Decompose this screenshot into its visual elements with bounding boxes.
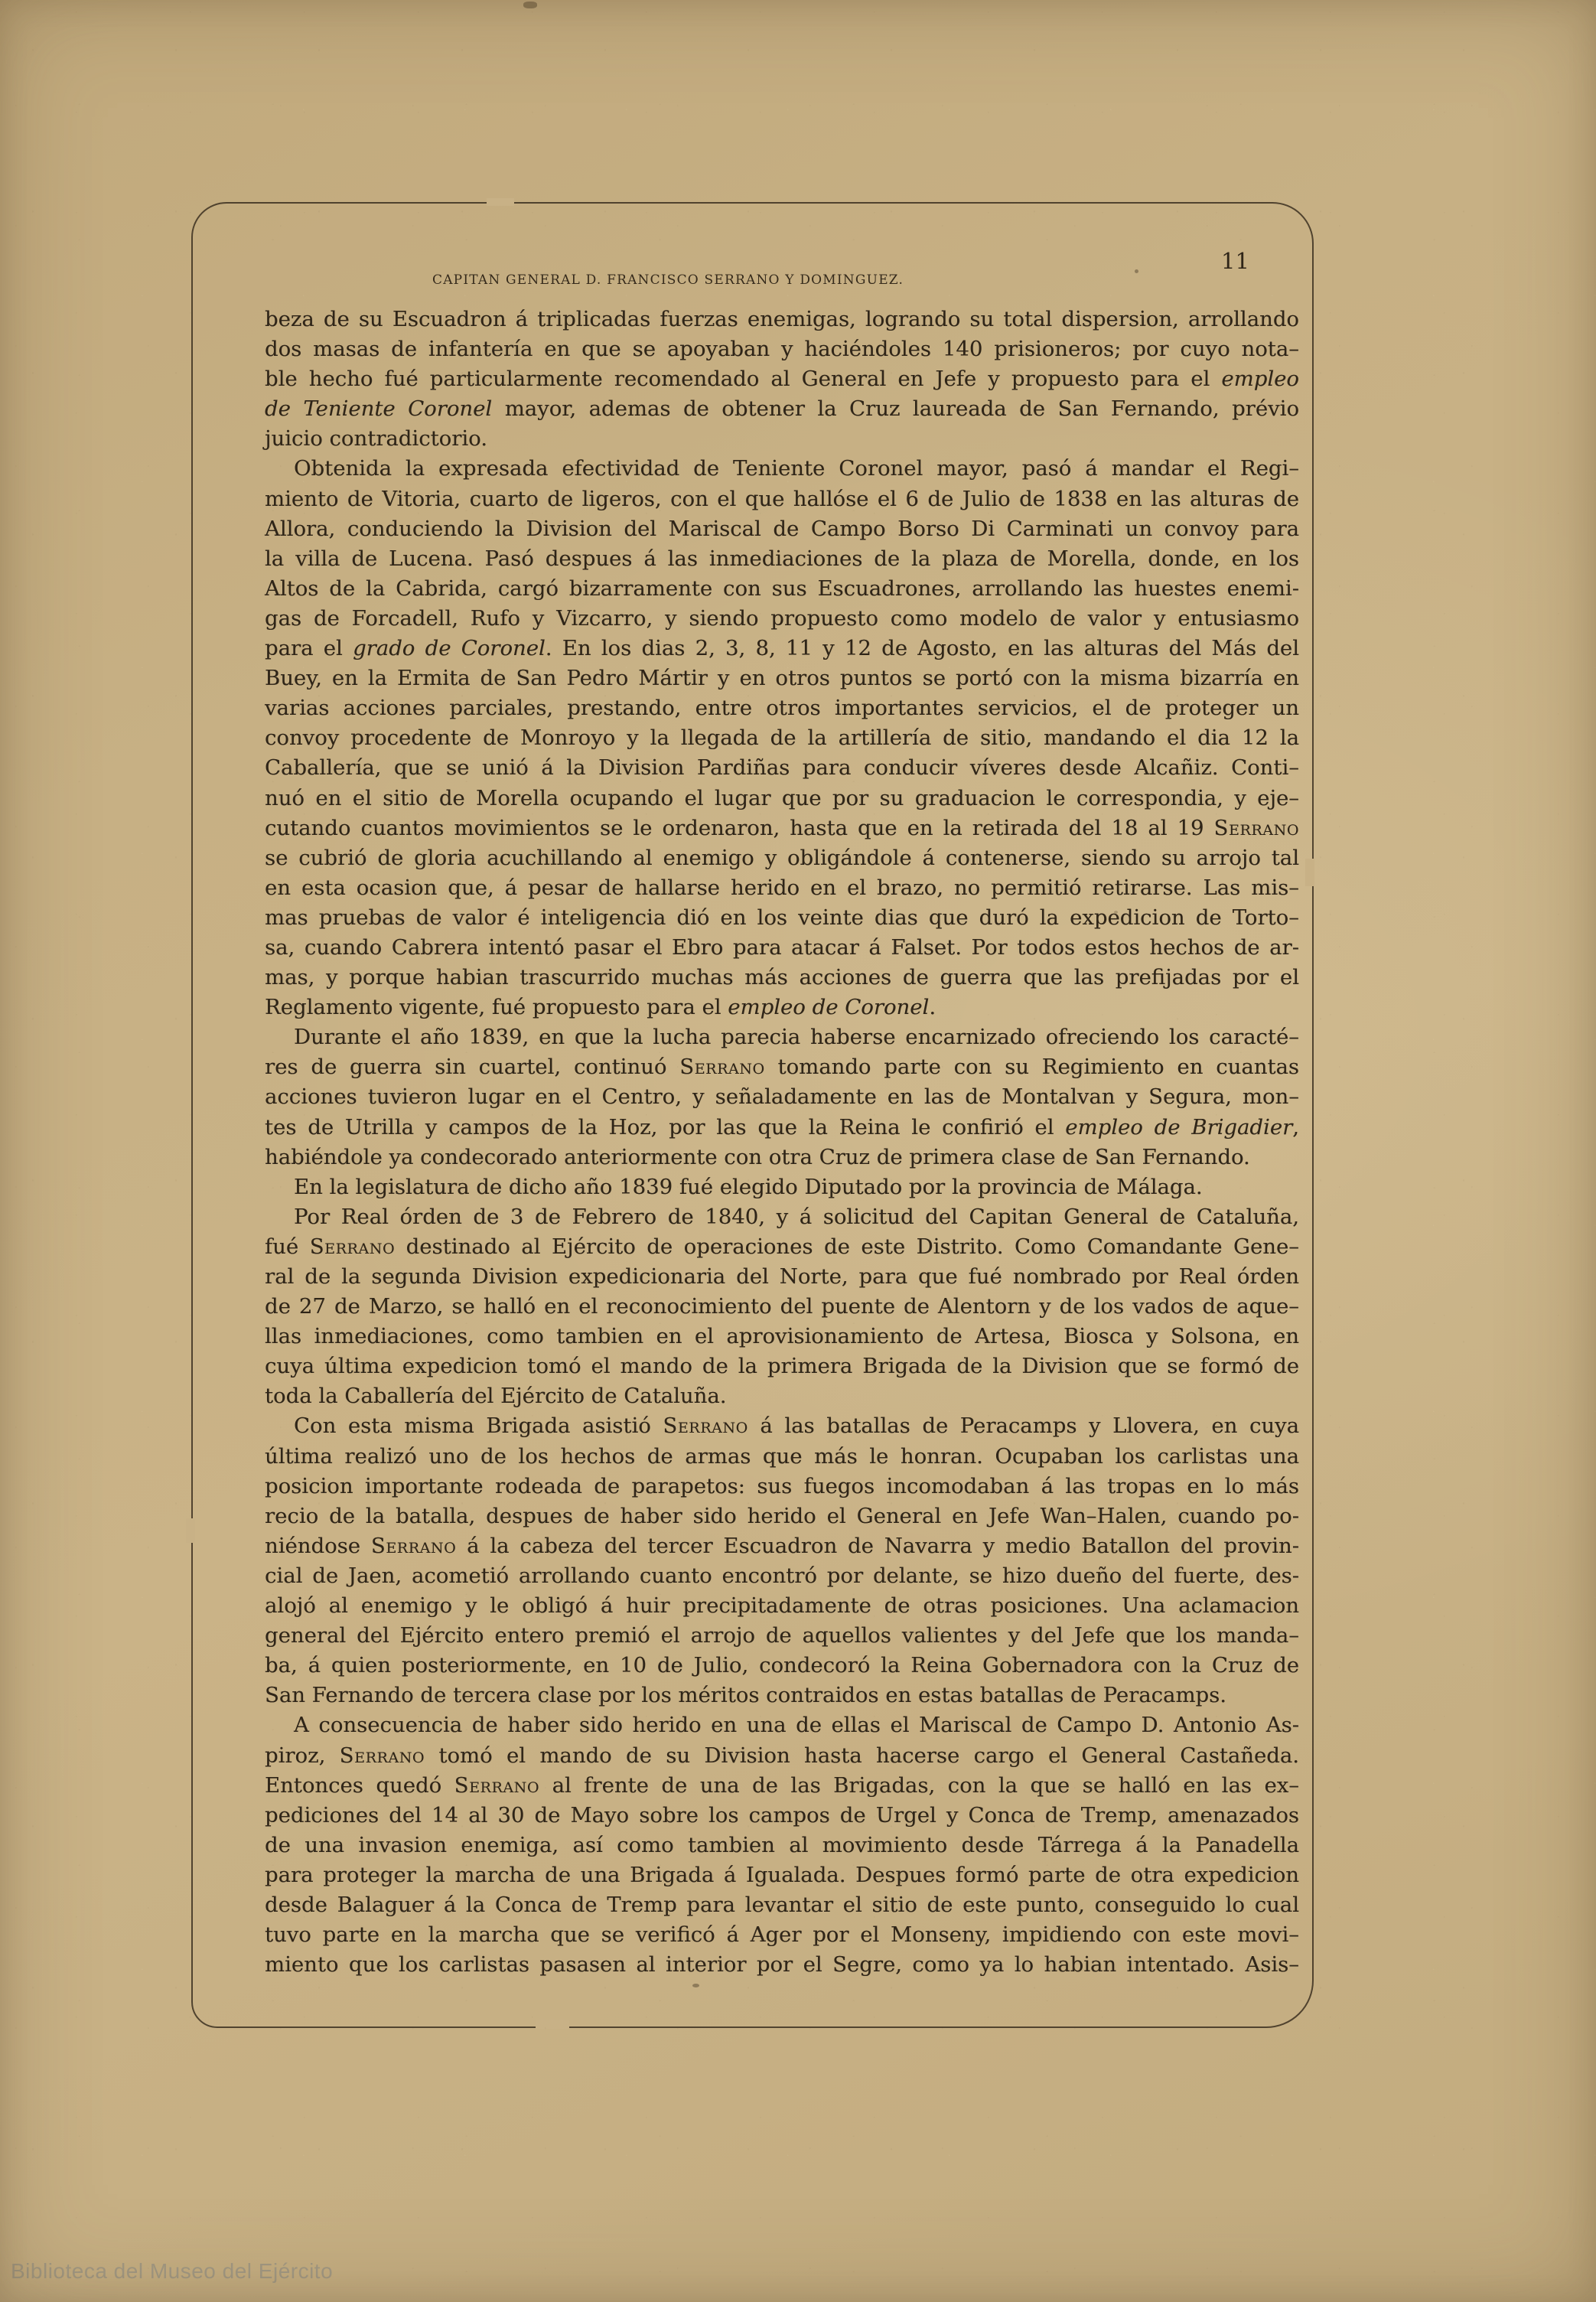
text-line: beza de su Escuadron á triplicadas fuerz… [265,305,1299,334]
text-line: San Fernando de tercera clase por los mé… [265,1681,1299,1710]
text-line: en esta ocasion que, á pesar de hallarse… [265,873,1299,903]
text-line: nuó en el sitio de Morella ocupando el l… [265,784,1299,814]
ink-speck [1114,911,1118,914]
text-line: convoy procedente de Monroyo y la llegad… [265,723,1299,753]
text-line: cial de Jaen, acometió arrollando cuanto… [265,1561,1299,1591]
text-line: para el grado de Coronel. En los dias 2,… [265,634,1299,664]
text-line: A consecuencia de haber sido herido en u… [265,1710,1299,1740]
text-line: En la legislatura de dicho año 1839 fué … [265,1172,1299,1202]
text-line: Durante el año 1839, en que la lucha par… [265,1022,1299,1052]
text-line: gas de Forcadell, Rufo y Vizcarro, y sie… [265,604,1299,634]
text-line: para proteger la marcha de una Brigada á… [265,1860,1299,1890]
text-line: tes de Utrilla y campos de la Hoz, por l… [265,1113,1299,1143]
text-line: miento que los carlistas pasasen al inte… [265,1950,1299,1980]
text-line: recio de la batalla, despues de haber si… [265,1502,1299,1531]
text-line: ble hecho fué particularmente recomendad… [265,364,1299,394]
scanned-page: CAPITAN GENERAL D. FRANCISCO SERRANO Y D… [0,0,1596,2302]
text-line: Reglamento vigente, fué propuesto para e… [265,993,1299,1022]
text-line: acciones tuvieron lugar en el Centro, y … [265,1082,1299,1112]
text-line: mas, y porque habian trascurrido muchas … [265,963,1299,993]
text-line: Caballería, que se unió á la Division Pa… [265,753,1299,783]
text-line: Entonces quedó Serrano al frente de una … [265,1771,1299,1801]
text-line: cuya última expedicion tomó el mando de … [265,1352,1299,1381]
text-line: Obtenida la expresada efectividad de Ten… [265,454,1299,484]
text-line: llas inmediaciones, como tambien en el a… [265,1322,1299,1352]
text-line: toda la Caballería del Ejército de Catal… [265,1381,1299,1411]
running-header: CAPITAN GENERAL D. FRANCISCO SERRANO Y D… [432,272,904,288]
text-line: posicion importante rodeada de parapetos… [265,1472,1299,1502]
text-line: de 27 de Marzo, se halló en el reconocim… [265,1292,1299,1322]
text-line: tuvo parte en la marcha que se verificó … [265,1920,1299,1950]
frame-line-break [186,1518,195,1543]
text-line: Allora, conduciendo la Division del Mari… [265,514,1299,544]
text-line: Por Real órden de 3 de Febrero de 1840, … [265,1202,1299,1232]
text-line: Buey, en la Ermita de San Pedro Mártir y… [265,664,1299,693]
text-line: desde Balaguer á la Conca de Tremp para … [265,1890,1299,1920]
text-line: dos masas de infantería en que se apoyab… [265,334,1299,364]
text-line: mas pruebas de valor é inteligencia dió … [265,903,1299,933]
text-line: miento de Vitoria, cuarto de ligeros, co… [265,484,1299,514]
ink-speck [1135,269,1138,273]
text-line: alojó al enemigo y le obligó á huir prec… [265,1591,1299,1621]
frame-line-break [536,2020,569,2029]
text-line: Con esta misma Brigada asistió Serrano á… [265,1411,1299,1441]
text-line: la villa de Lucena. Pasó despues á las i… [265,544,1299,574]
text-line: general del Ejército entero premió el ar… [265,1621,1299,1651]
text-line: ral de la segunda Division expedicionari… [265,1262,1299,1292]
library-watermark: Biblioteca del Museo del Ejército [11,2259,333,2284]
text-line: cutando cuantos movimientos se le ordena… [265,814,1299,843]
text-line: sa, cuando Cabrera intentó pasar el Ebro… [265,933,1299,963]
ink-speck [523,2,537,8]
text-line: res de guerra sin cuartel, continuó Serr… [265,1052,1299,1082]
text-line: de una invasion enemiga, así como tambie… [265,1831,1299,1860]
text-line: piroz, Serrano tomó el mando de su Divis… [265,1741,1299,1771]
text-line: niéndose Serrano á la cabeza del tercer … [265,1531,1299,1561]
frame-line-break [487,198,514,206]
text-line: ba, á quien posteriormente, en 10 de Jul… [265,1651,1299,1681]
page-number: 11 [1221,248,1249,274]
text-line: última realizó uno de los hechos de arma… [265,1442,1299,1472]
text-line: varias acciones parciales, prestando, en… [265,693,1299,723]
text-line: pediciones del 14 al 30 de Mayo sobre lo… [265,1801,1299,1831]
text-line: Altos de la Cabrida, cargó bizarramente … [265,574,1299,604]
text-line: de Teniente Coronel mayor, ademas de obt… [265,394,1299,424]
ink-speck [692,1984,699,1987]
text-line: se cubrió de gloria acuchillando al enem… [265,843,1299,873]
text-line: juicio contradictorio. [265,424,1299,454]
frame-line-break [1305,859,1314,886]
text-line: habiéndole ya condecorado anteriormente … [265,1143,1299,1172]
text-block: beza de su Escuadron á triplicadas fuerz… [265,305,1299,1980]
text-line: fué Serrano destinado al Ejército de ope… [265,1232,1299,1262]
